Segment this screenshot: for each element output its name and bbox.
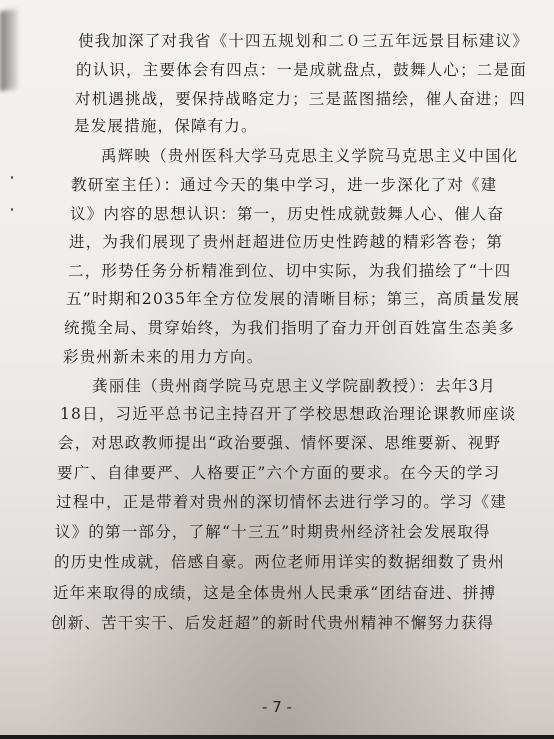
page-number: - 7 - xyxy=(0,698,554,716)
text-line: 的历史性成就，倍感自豪。两位老师用详实的数据细数了贵州 xyxy=(54,552,505,572)
text-line: 议》内容的思想认识：第一，历史性成就鼓舞人心、催人奋 xyxy=(70,204,504,224)
text-line: 统揽全局、贯穿始终，为我们指明了奋力开创百姓富生态美多 xyxy=(64,318,515,338)
text-line: 对机遇挑战，要保持战略定力；三是蓝图描绘，催人奋进；四 xyxy=(75,89,526,109)
text-line: 议》的第一部分，了解“十三五”时期贵州经济社会发展取得 xyxy=(55,522,491,542)
text-line: 创新、苦干实干、后发赶超”的新时代贵州精神不懈努力获得 xyxy=(51,613,494,633)
text-line: 进，为我们展现了贵州赶超进位历史性跨越的精彩答卷；第 xyxy=(69,232,503,252)
photo-shadow xyxy=(0,9,18,92)
text-line: 要广、自律要严、人格要正”六个方面的要求。在今天的学习 xyxy=(57,463,500,483)
text-line: 彩贵州新未来的用力方向。 xyxy=(63,347,263,367)
margin-mark xyxy=(11,208,13,211)
text-line: 的认识，主要体会有四点：一是成就盘点，鼓舞人心；二是面 xyxy=(76,60,527,80)
document-page: 使我加深了对我省《十四五规划和二０三五年远景目标建议》 的认识，主要体会有四点：… xyxy=(0,0,554,735)
text-line: 是发展措施，保障有力。 xyxy=(74,116,258,136)
text-line: 使我加深了对我省《十四五规划和二０三五年远景目标建议》 xyxy=(78,31,464,51)
text-line: 二，形势任务分析精准到位、切中实际，为我们描绘了“十四 xyxy=(68,261,511,281)
paragraph-start: 龚丽佳（贵州商学院马克思主义学院副教授）：去年3月 xyxy=(92,376,496,396)
text-line: 近年来取得的成绩，这是全体贵州人民秉承“团结奋进、拼搏 xyxy=(53,583,496,603)
text-line: 会，对思政教师提出“政治要强、情怀要深、思维要新、视野 xyxy=(58,433,501,453)
text-line: 18日，习近平总书记主持召开了学校思想政治理论课教师座谈 xyxy=(60,404,516,424)
text-line: 五”时期和2035年全方位发展的清晰目标；第三，高质量发展 xyxy=(66,289,520,309)
margin-mark xyxy=(11,176,13,179)
text-line: 教研室主任）：通过今天的集中学习，进一步深化了对《建 xyxy=(71,175,497,195)
paragraph-start: 禹辉映（贵州医科大学马克思主义学院马克思主义中国化 xyxy=(101,146,519,166)
photo-bottom-edge xyxy=(0,735,554,739)
text-line: 过程中，正是带着对贵州的深切情怀去进行学习的。学习《建 xyxy=(56,492,507,512)
